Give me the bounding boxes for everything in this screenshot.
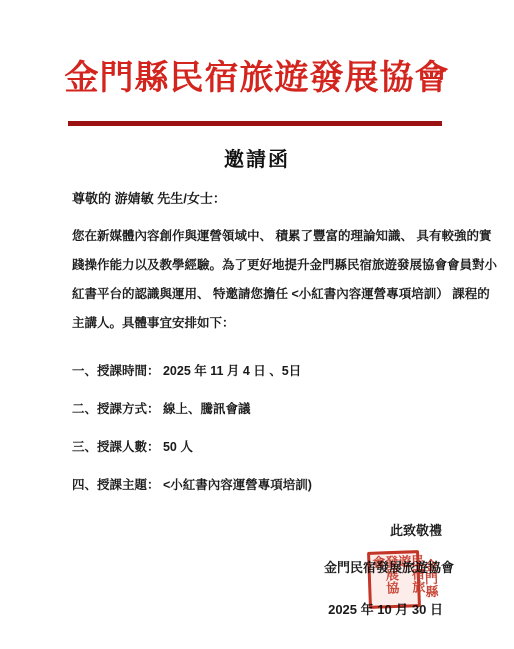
letter-heading: 邀請函 [0,143,514,172]
body-line: 紅書平台的認識與運用、 特邀請您擔任 <小紅書內容運營專項培訓） 課程的 [72,280,502,309]
seal-column: 發展協會 [371,555,399,605]
detail-item-time: 一、授課時間： 2025 年 11 月 4 日 、5日 [72,352,502,390]
closing-salute: 此致敬禮 [390,520,442,539]
body-line: 您在新媒體內容創作與運營領域中、 積累了豐富的理論知識、 具有較強的實 [72,222,502,251]
invitation-letter-page: 金門縣民宿旅遊發展協會 邀請函 尊敬的 游婧敏 先生/女士： 您在新媒體內容創作… [0,0,514,649]
body-line: 踐操作能力以及教學經驗。為了更好地提升金門縣民宿旅遊發展協會會員對小 [72,251,502,280]
org-title: 金門縣民宿旅遊發展協會 [0,50,514,99]
seal-column: 民宿旅遊 [397,554,425,604]
detail-item-method: 二、授課方式： 線上、騰訊會議 [72,390,502,428]
org-seal-stamp: 金門縣 民宿旅遊 發展協會 [367,550,421,609]
detail-items: 一、授課時間： 2025 年 11 月 4 日 、5日 二、授課方式： 線上、騰… [72,352,502,504]
body-line: 主講人。具體事宜安排如下： [72,309,502,338]
salutation: 尊敬的 游婧敏 先生/女士： [72,188,226,207]
detail-item-topic: 四、授課主題： <小紅書內容運營專項培訓) [72,466,502,504]
title-divider-rule [68,121,442,126]
detail-item-headcount: 三、授課人數： 50 人 [72,428,502,466]
body-paragraph: 您在新媒體內容創作與運營領域中、 積累了豐富的理論知識、 具有較強的實 踐操作能… [72,222,502,338]
